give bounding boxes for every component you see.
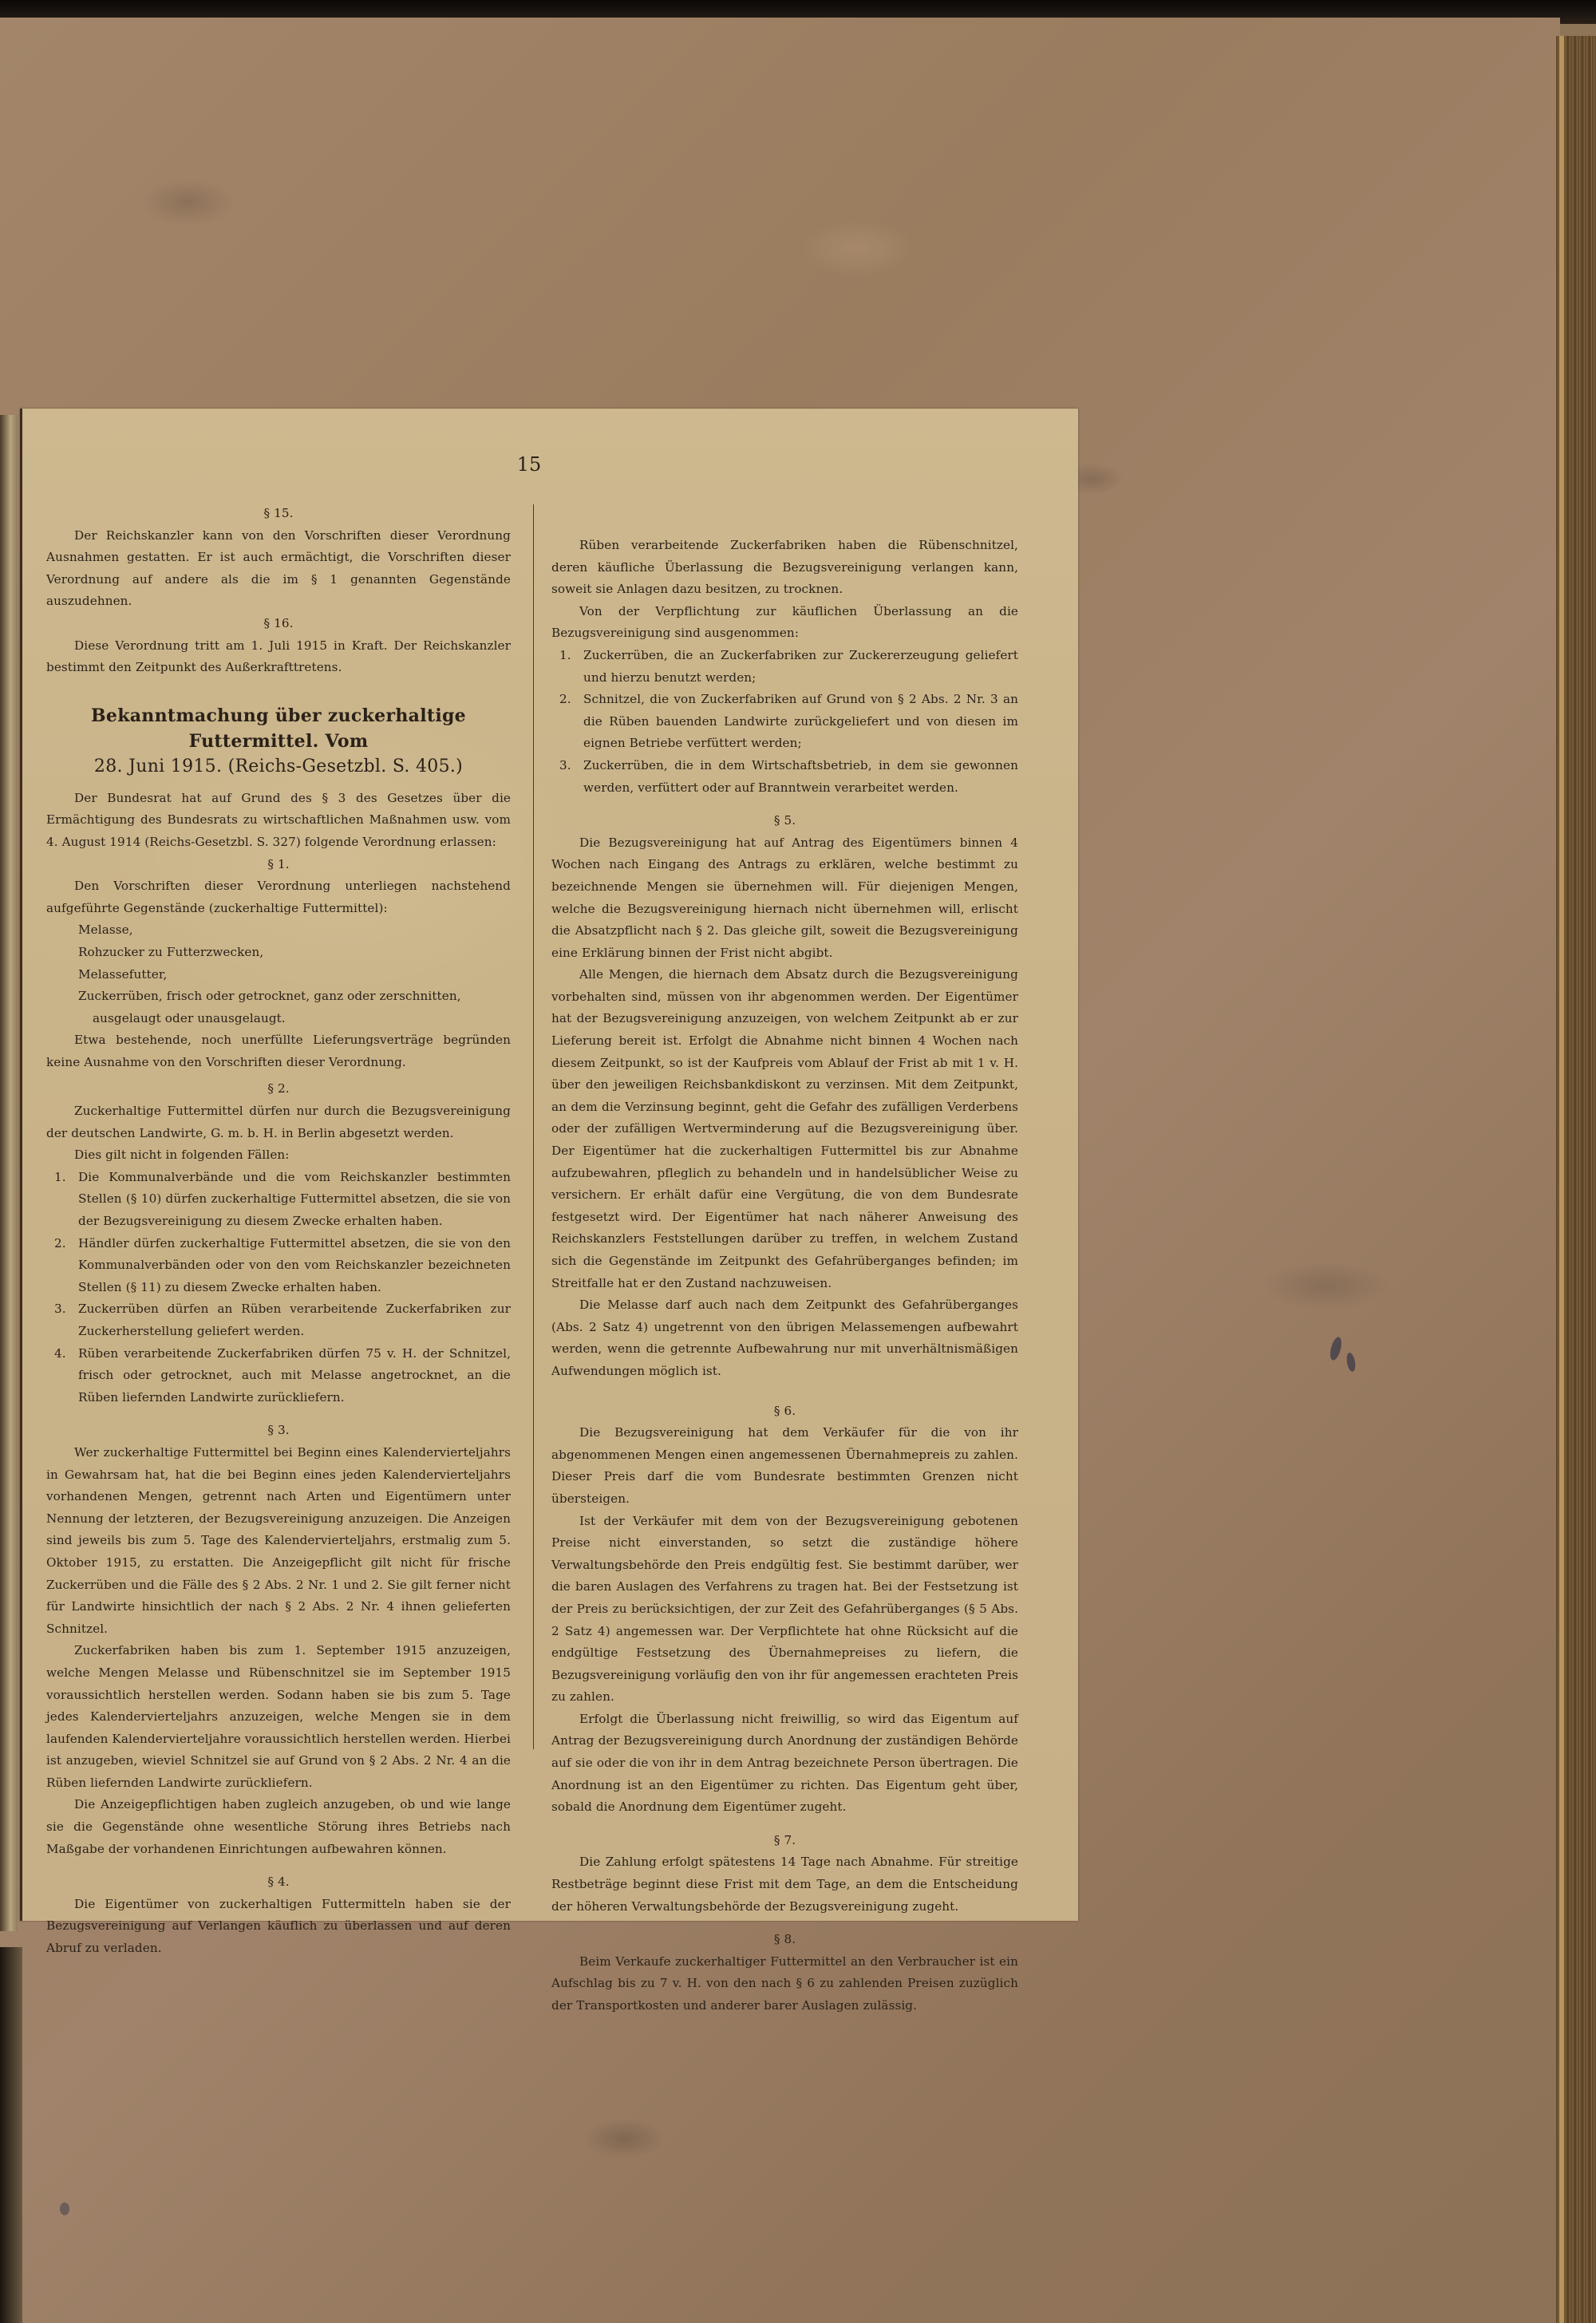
item-number: 3. [559, 755, 571, 777]
list-item: Melassefutter, [78, 964, 511, 986]
book-edge-highlight [1559, 36, 1564, 2323]
exceptions-list: 1.Die Kommunalverbände und die vom Reich… [46, 1167, 511, 1409]
section-heading-8: § 8. [551, 1929, 1018, 1951]
item-text: Schnitzel, die von Zuckerfabriken auf Gr… [583, 692, 1018, 750]
section-text-16: Diese Verordnung tritt am 1. Juli 1915 i… [46, 635, 511, 679]
section-4-exemptions-intro: Von der Verpflichtung zur käuflichen Übe… [551, 601, 1018, 645]
section-3-paragraph: Wer zuckerhaltige Futtermittel bei Begin… [46, 1442, 511, 1640]
section-1-intro: Den Vorschriften dieser Verordnung unter… [46, 875, 511, 919]
section-5-paragraph: Alle Mengen, die hiernach dem Absatz dur… [551, 964, 1018, 1294]
list-item: 1.Zuckerrüben, die an Zuckerfabriken zur… [551, 645, 1018, 689]
section-6-paragraph: Ist der Verkäufer mit dem von der Bezugs… [551, 1511, 1018, 1709]
list-item: 4.Rüben verarbeitende Zuckerfabriken dür… [46, 1343, 511, 1409]
section-8-text: Beim Verkaufe zuckerhaltiger Futtermitte… [551, 1951, 1018, 2017]
list-item: Melasse, [78, 919, 511, 942]
item-number: 2. [54, 1233, 66, 1255]
section-2-exceptions-intro: Dies gilt nicht in folgenden Fällen: [46, 1144, 511, 1167]
section-heading-5: § 5. [551, 810, 1018, 832]
list-item: 2.Händler dürfen zuckerhaltige Futtermit… [46, 1233, 511, 1299]
page-number: 15 [513, 453, 545, 476]
section-heading-3: § 3. [46, 1420, 511, 1442]
decree-title-date: 28. Juni 1915. (Reichs-Gesetzbl. S. 405.… [46, 754, 511, 780]
right-column: Rüben verarbeitende Zuckerfabriken haben… [551, 535, 1018, 2017]
preamble: Der Bundesrat hat auf Grund des § 3 des … [46, 788, 511, 854]
item-number: 3. [54, 1298, 66, 1321]
section-5-paragraph: Die Bezugsvereinigung hat auf Antrag des… [551, 832, 1018, 965]
section-4-continued: Rüben verarbeitende Zuckerfabriken haben… [551, 535, 1018, 601]
board-smudge [60, 2203, 69, 2215]
item-text: Zuckerrüben dürfen an Rüben verarbeitend… [78, 1302, 511, 1338]
section-heading-6: § 6. [551, 1401, 1018, 1423]
item-text: Zuckerrüben, die in dem Wirtschaftsbetri… [583, 758, 1018, 795]
section-7-text: Die Zahlung erfolgt spätestens 14 Tage n… [551, 1851, 1018, 1918]
item-text: Die Kommunalverbände und die vom Reichsk… [78, 1170, 511, 1228]
decree-title: Bekanntmachung über zuckerhaltige Futter… [46, 703, 511, 780]
section-3-paragraph: Die Anzeigepflichtigen haben zugleich an… [46, 1794, 511, 1860]
feed-items-list: Melasse, Rohzucker zu Futterzwecken, Mel… [46, 919, 511, 1029]
list-item: 3.Zuckerrüben dürfen an Rüben verarbeite… [46, 1298, 511, 1342]
section-4-text: Die Eigentümer von zuckerhaltigen Futter… [46, 1894, 511, 1960]
item-text: Zuckerrüben, die an Zuckerfabriken zur Z… [583, 648, 1018, 685]
binding-gutter-lower [0, 1947, 22, 2323]
section-heading-2: § 2. [46, 1078, 511, 1100]
printed-page: 15 § 15. Der Reichskanzler kann von den … [20, 409, 1078, 1921]
list-item: 2.Schnitzel, die von Zuckerfabriken auf … [551, 689, 1018, 755]
list-item: Zuckerrüben, frisch oder getrocknet, gan… [78, 986, 511, 1029]
section-heading-15: § 15. [46, 503, 511, 525]
section-text-15: Der Reichskanzler kann von den Vorschrif… [46, 525, 511, 613]
section-6-paragraph: Die Bezugsvereinigung hat dem Verkäufer … [551, 1422, 1018, 1510]
section-heading-4: § 4. [46, 1871, 511, 1894]
decree-title-main: Bekanntmachung über zuckerhaltige Futter… [46, 703, 511, 754]
item-number: 2. [559, 689, 571, 711]
item-number: 4. [54, 1343, 66, 1365]
item-number: 1. [54, 1167, 66, 1189]
list-item: 3.Zuckerrüben, die in dem Wirtschaftsbet… [551, 755, 1018, 799]
list-item: Rohzucker zu Futterzwecken, [78, 942, 511, 964]
binding-gutter [0, 415, 18, 1931]
section-3-paragraph: Zuckerfabriken haben bis zum 1. Septembe… [46, 1640, 511, 1794]
left-column: § 15. Der Reichskanzler kann von den Vor… [46, 503, 511, 1960]
section-heading-7: § 7. [551, 1830, 1018, 1852]
item-number: 1. [559, 645, 571, 667]
item-text: Händler dürfen zuckerhaltige Futtermitte… [78, 1236, 511, 1294]
list-item: 1.Die Kommunalverbände und die vom Reich… [46, 1167, 511, 1233]
section-5-paragraph: Die Melasse darf auch nach dem Zeitpunkt… [551, 1294, 1018, 1382]
item-text: Rüben verarbeitende Zuckerfabriken dürfe… [78, 1346, 511, 1404]
exemptions-list: 1.Zuckerrüben, die an Zuckerfabriken zur… [551, 645, 1018, 799]
section-heading-16: § 16. [46, 613, 511, 635]
column-divider [533, 504, 534, 1749]
section-1-closing: Etwa bestehende, noch unerfüllte Lieferu… [46, 1029, 511, 1073]
section-6-paragraph: Erfolgt die Überlassung nicht freiwillig… [551, 1709, 1018, 1819]
section-heading-1: § 1. [46, 854, 511, 876]
section-2-text: Zuckerhaltige Futtermittel dürfen nur du… [46, 1100, 511, 1144]
